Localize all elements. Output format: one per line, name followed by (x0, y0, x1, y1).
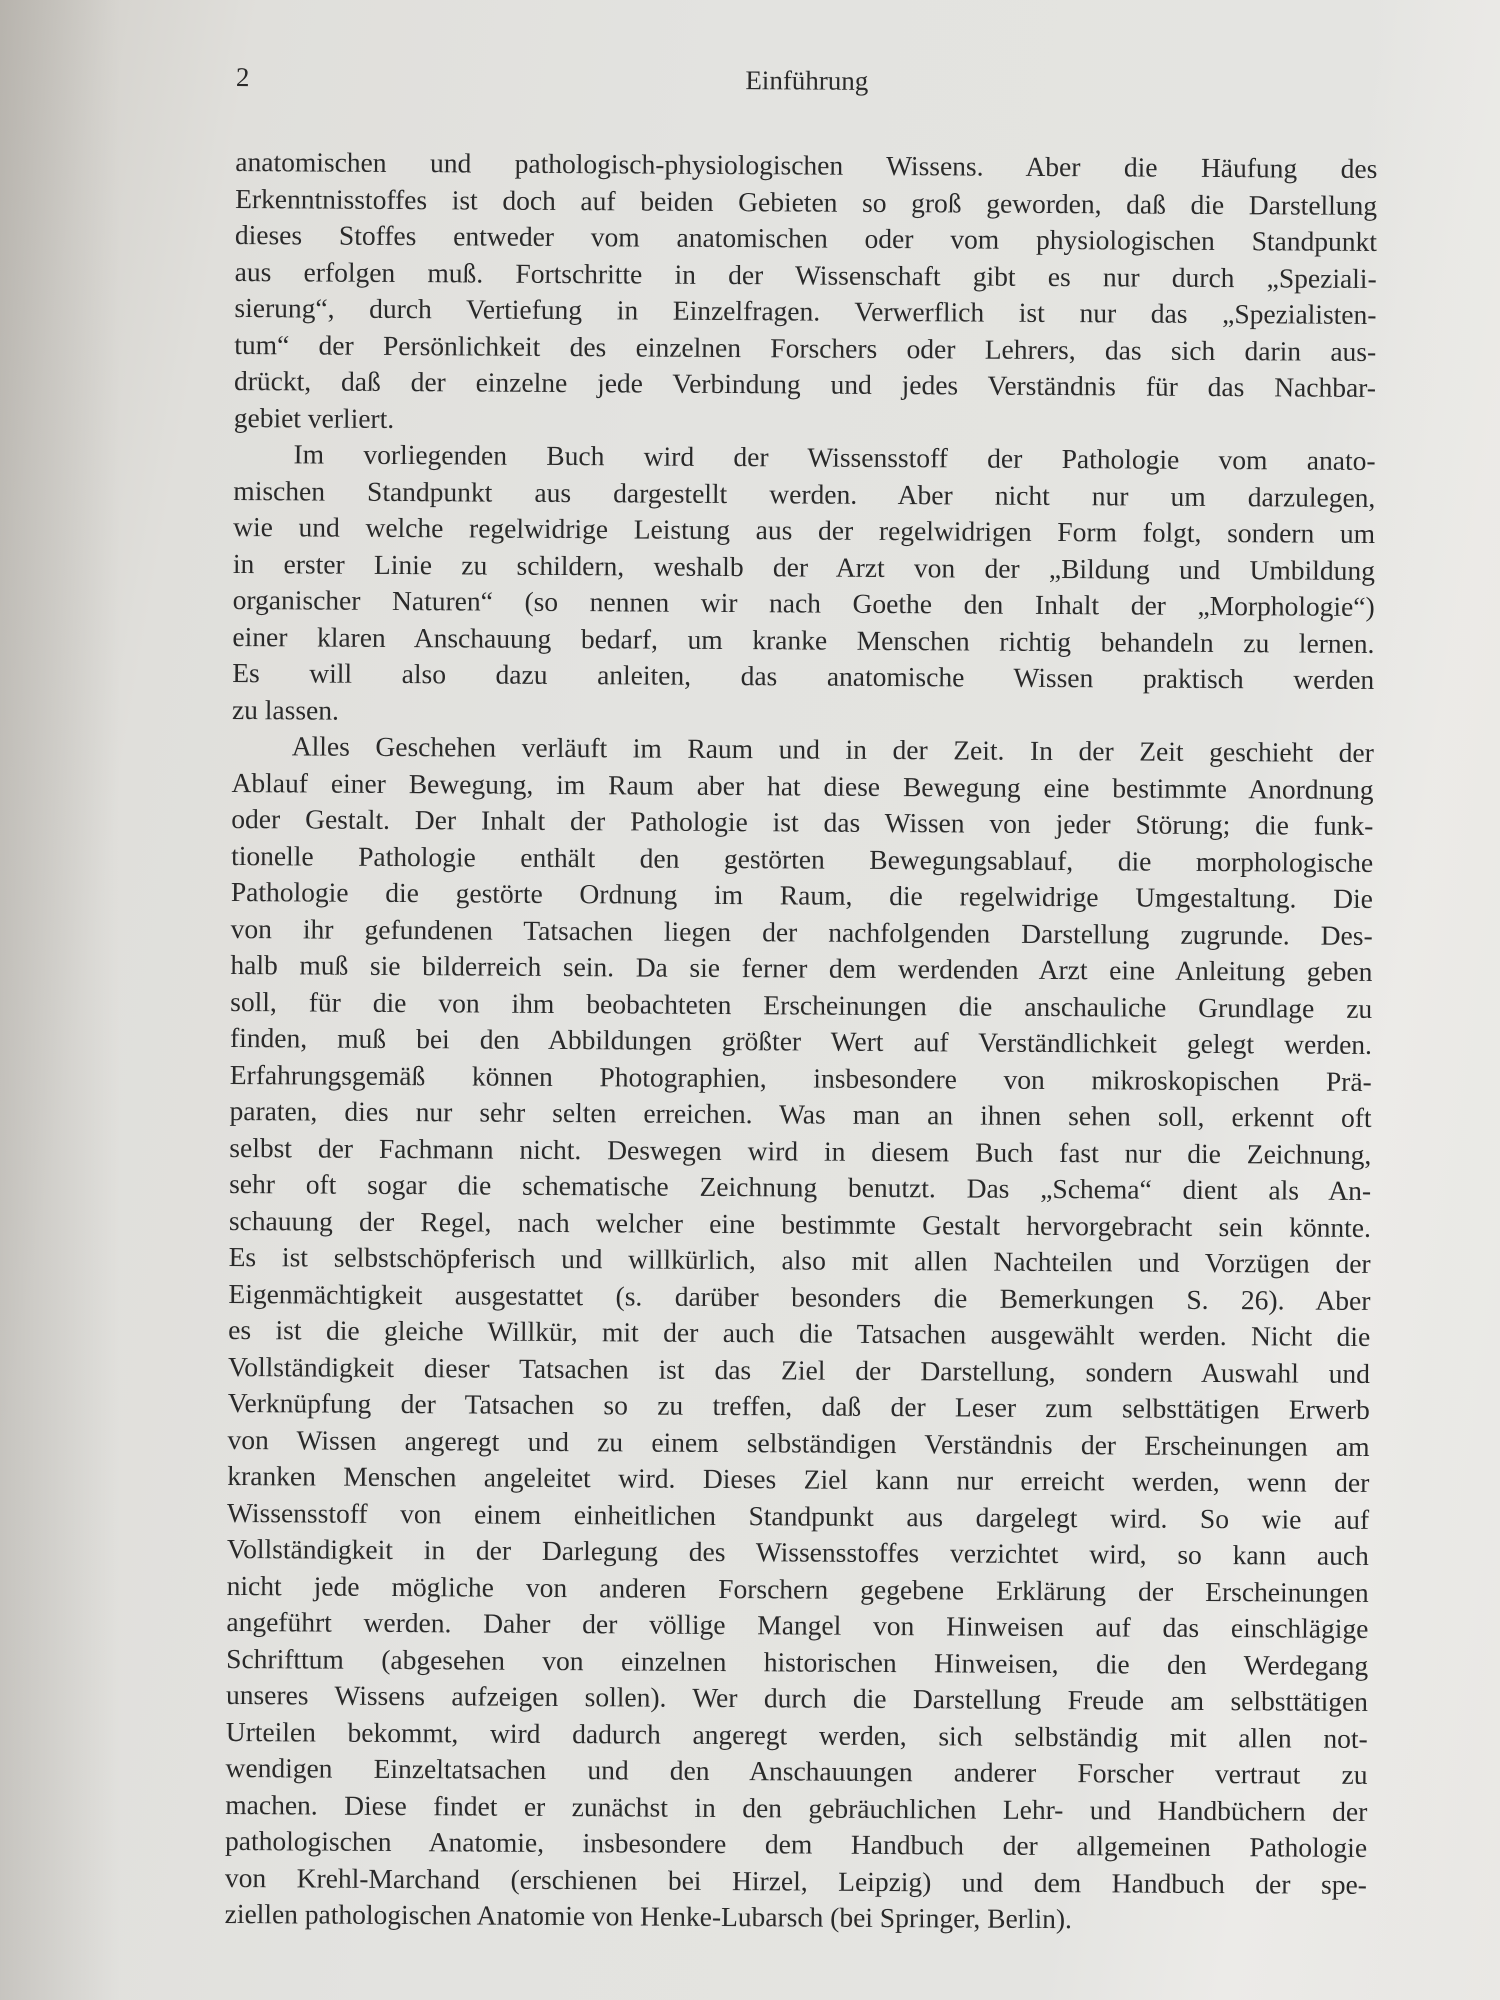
running-title: Einführung (236, 62, 1378, 100)
paragraph-3: Alles Geschehen verläuft im Raum und in … (225, 728, 1374, 1939)
text-line: anatomischen und pathologisch-physiologi… (235, 144, 1377, 187)
text-line: oder Gestalt. Der Inhalt der Pathologie … (231, 801, 1373, 844)
text-line: finden, muß bei den Abbildungen größter … (230, 1020, 1372, 1063)
running-head: 2 Einführung (236, 58, 1378, 105)
text-line: Es ist selbstschöpferisch und willkürlic… (229, 1239, 1371, 1282)
text-line: paraten, dies nur sehr selten erreichen.… (229, 1093, 1371, 1136)
text-line: Es will also dazu anleiten, das anatomis… (232, 655, 1374, 698)
text-line: unseres Wissens aufzeigen sollen). Wer d… (226, 1677, 1368, 1720)
text-line: wie und welche regelwidrige Leistung aus… (233, 509, 1375, 552)
text-line: sehr oft sogar die schematische Zeichnun… (229, 1166, 1371, 1209)
text-line: angeführt werden. Daher der völlige Mang… (226, 1604, 1368, 1647)
text-line: dieses Stoffes entweder vom anatomischen… (235, 217, 1377, 260)
text-line: drückt, daß der einzelne jede Verbindung… (234, 363, 1376, 406)
paragraph-1: anatomischen und pathologisch-physiologi… (234, 144, 1378, 443)
text-line: wendigen Einzeltatsachen und den Anschau… (225, 1750, 1367, 1793)
page-shadow-right (1360, 0, 1500, 2000)
text-line: pathologischen Anatomie, insbesondere de… (225, 1823, 1367, 1866)
page-shadow-left (0, 0, 120, 2000)
book-page: 2 Einführung anatomischen und pathologis… (225, 58, 1378, 1939)
text-line: halb muß sie bilderreich sein. Da sie fe… (230, 947, 1372, 990)
text-line: Verknüpfung der Tatsachen so zu treffen,… (228, 1385, 1370, 1428)
text-line: sierung“, durch Vertiefung in Einzelfrag… (234, 290, 1376, 333)
text-line: es ist die gleiche Willkür, mit der auch… (228, 1312, 1370, 1355)
text-line: kranken Menschen angeleitet wird. Dieses… (227, 1458, 1369, 1501)
text-line: Alles Geschehen verläuft im Raum und in … (232, 728, 1374, 771)
paragraph-2: Im vorliegenden Buch wird der Wissenssto… (232, 436, 1376, 735)
text-line: Vollständigkeit in der Darlegung des Wis… (227, 1531, 1369, 1574)
text-line: Im vorliegenden Buch wird der Wissenssto… (233, 436, 1375, 479)
body-text: anatomischen und pathologisch-physiologi… (225, 144, 1378, 1939)
text-line: Pathologie die gestörte Ordnung im Raum,… (231, 874, 1373, 917)
text-line: organischer Naturen“ (so nennen wir nach… (233, 582, 1375, 625)
text-line: ziellen pathologischen Anatomie von Henk… (225, 1896, 1367, 1939)
